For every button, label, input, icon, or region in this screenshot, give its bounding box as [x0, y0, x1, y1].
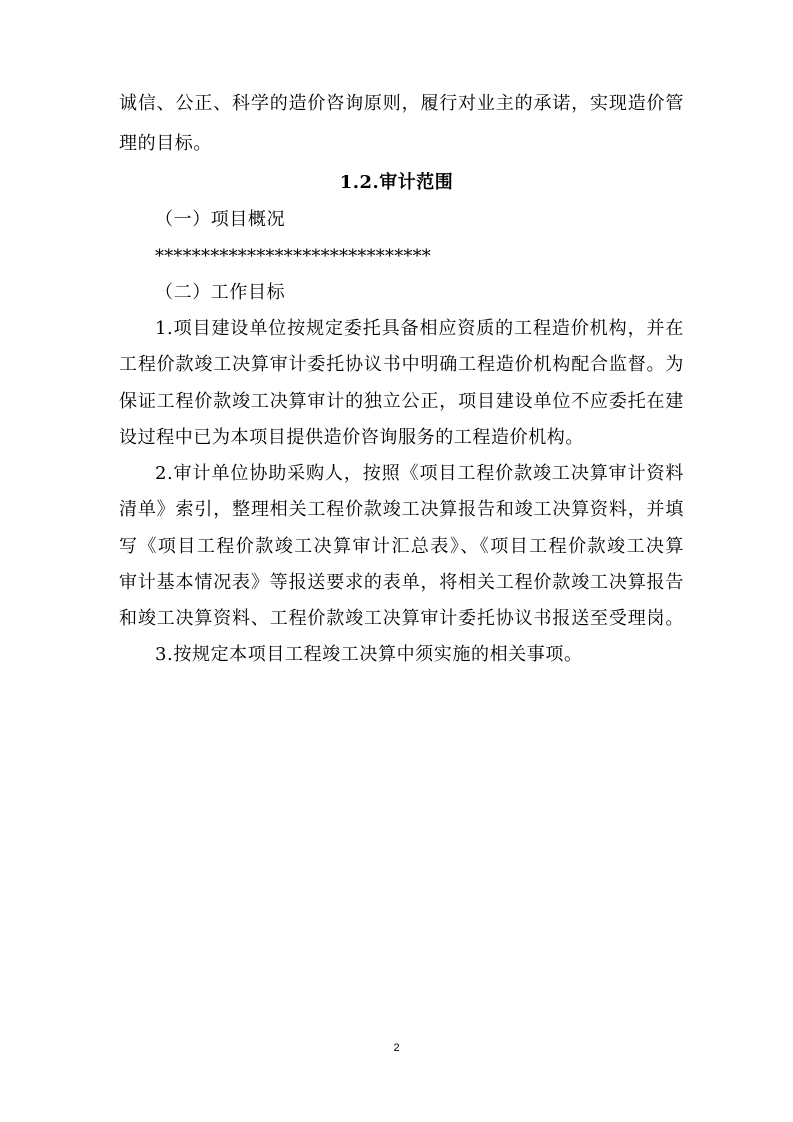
- overview-placeholder-text: ******************************: [155, 245, 720, 269]
- page-number: 2: [0, 1042, 793, 1054]
- intro-line-2: 理的目标。: [119, 132, 684, 156]
- item2-line-5: 和竣工决算资料、工程价款竣工决算审计委托协议书报送至受理岗。: [119, 607, 684, 631]
- intro-line-1: 诚信、公正、科学的造价咨询原则，履行对业主的承诺，实现造价管: [119, 92, 684, 116]
- section-heading: 1.2.审计范围: [0, 171, 793, 195]
- item1-line-4: 设过程中已为本项目提供造价咨询服务的工程造价机构。: [119, 426, 684, 450]
- item1-line-1: 1.项目建设单位按规定委托具备相应资质的工程造价机构，并在: [155, 317, 684, 341]
- item1-line-3: 保证工程价款竣工决算审计的独立公正，项目建设单位不应委托在建: [119, 390, 684, 414]
- item2-line-2: 清单》索引，整理相关工程价款竣工决算报告和竣工决算资料，并填: [119, 498, 684, 522]
- document-page: 诚信、公正、科学的造价咨询原则，履行对业主的承诺，实现造价管 理的目标。 1.2…: [0, 0, 793, 1122]
- subsection-title-goals: （二）工作目标: [155, 281, 720, 305]
- item3-line-1: 3.按规定本项目工程竣工决算中须实施的相关事项。: [155, 643, 720, 667]
- subsection-title-overview: （一）项目概况: [155, 208, 720, 232]
- item2-line-3: 写《项目工程价款竣工决算审计汇总表》、《项目工程价款竣工决算: [119, 535, 684, 559]
- item1-line-2: 工程价款竣工决算审计委托协议书中明确工程造价机构配合监督。为: [119, 353, 684, 377]
- item2-line-4: 审计基本情况表》等报送要求的表单，将相关工程价款竣工决算报告: [119, 571, 684, 595]
- item2-line-1: 2.审计单位协助采购人，按照《项目工程价款竣工决算审计资料: [155, 462, 684, 486]
